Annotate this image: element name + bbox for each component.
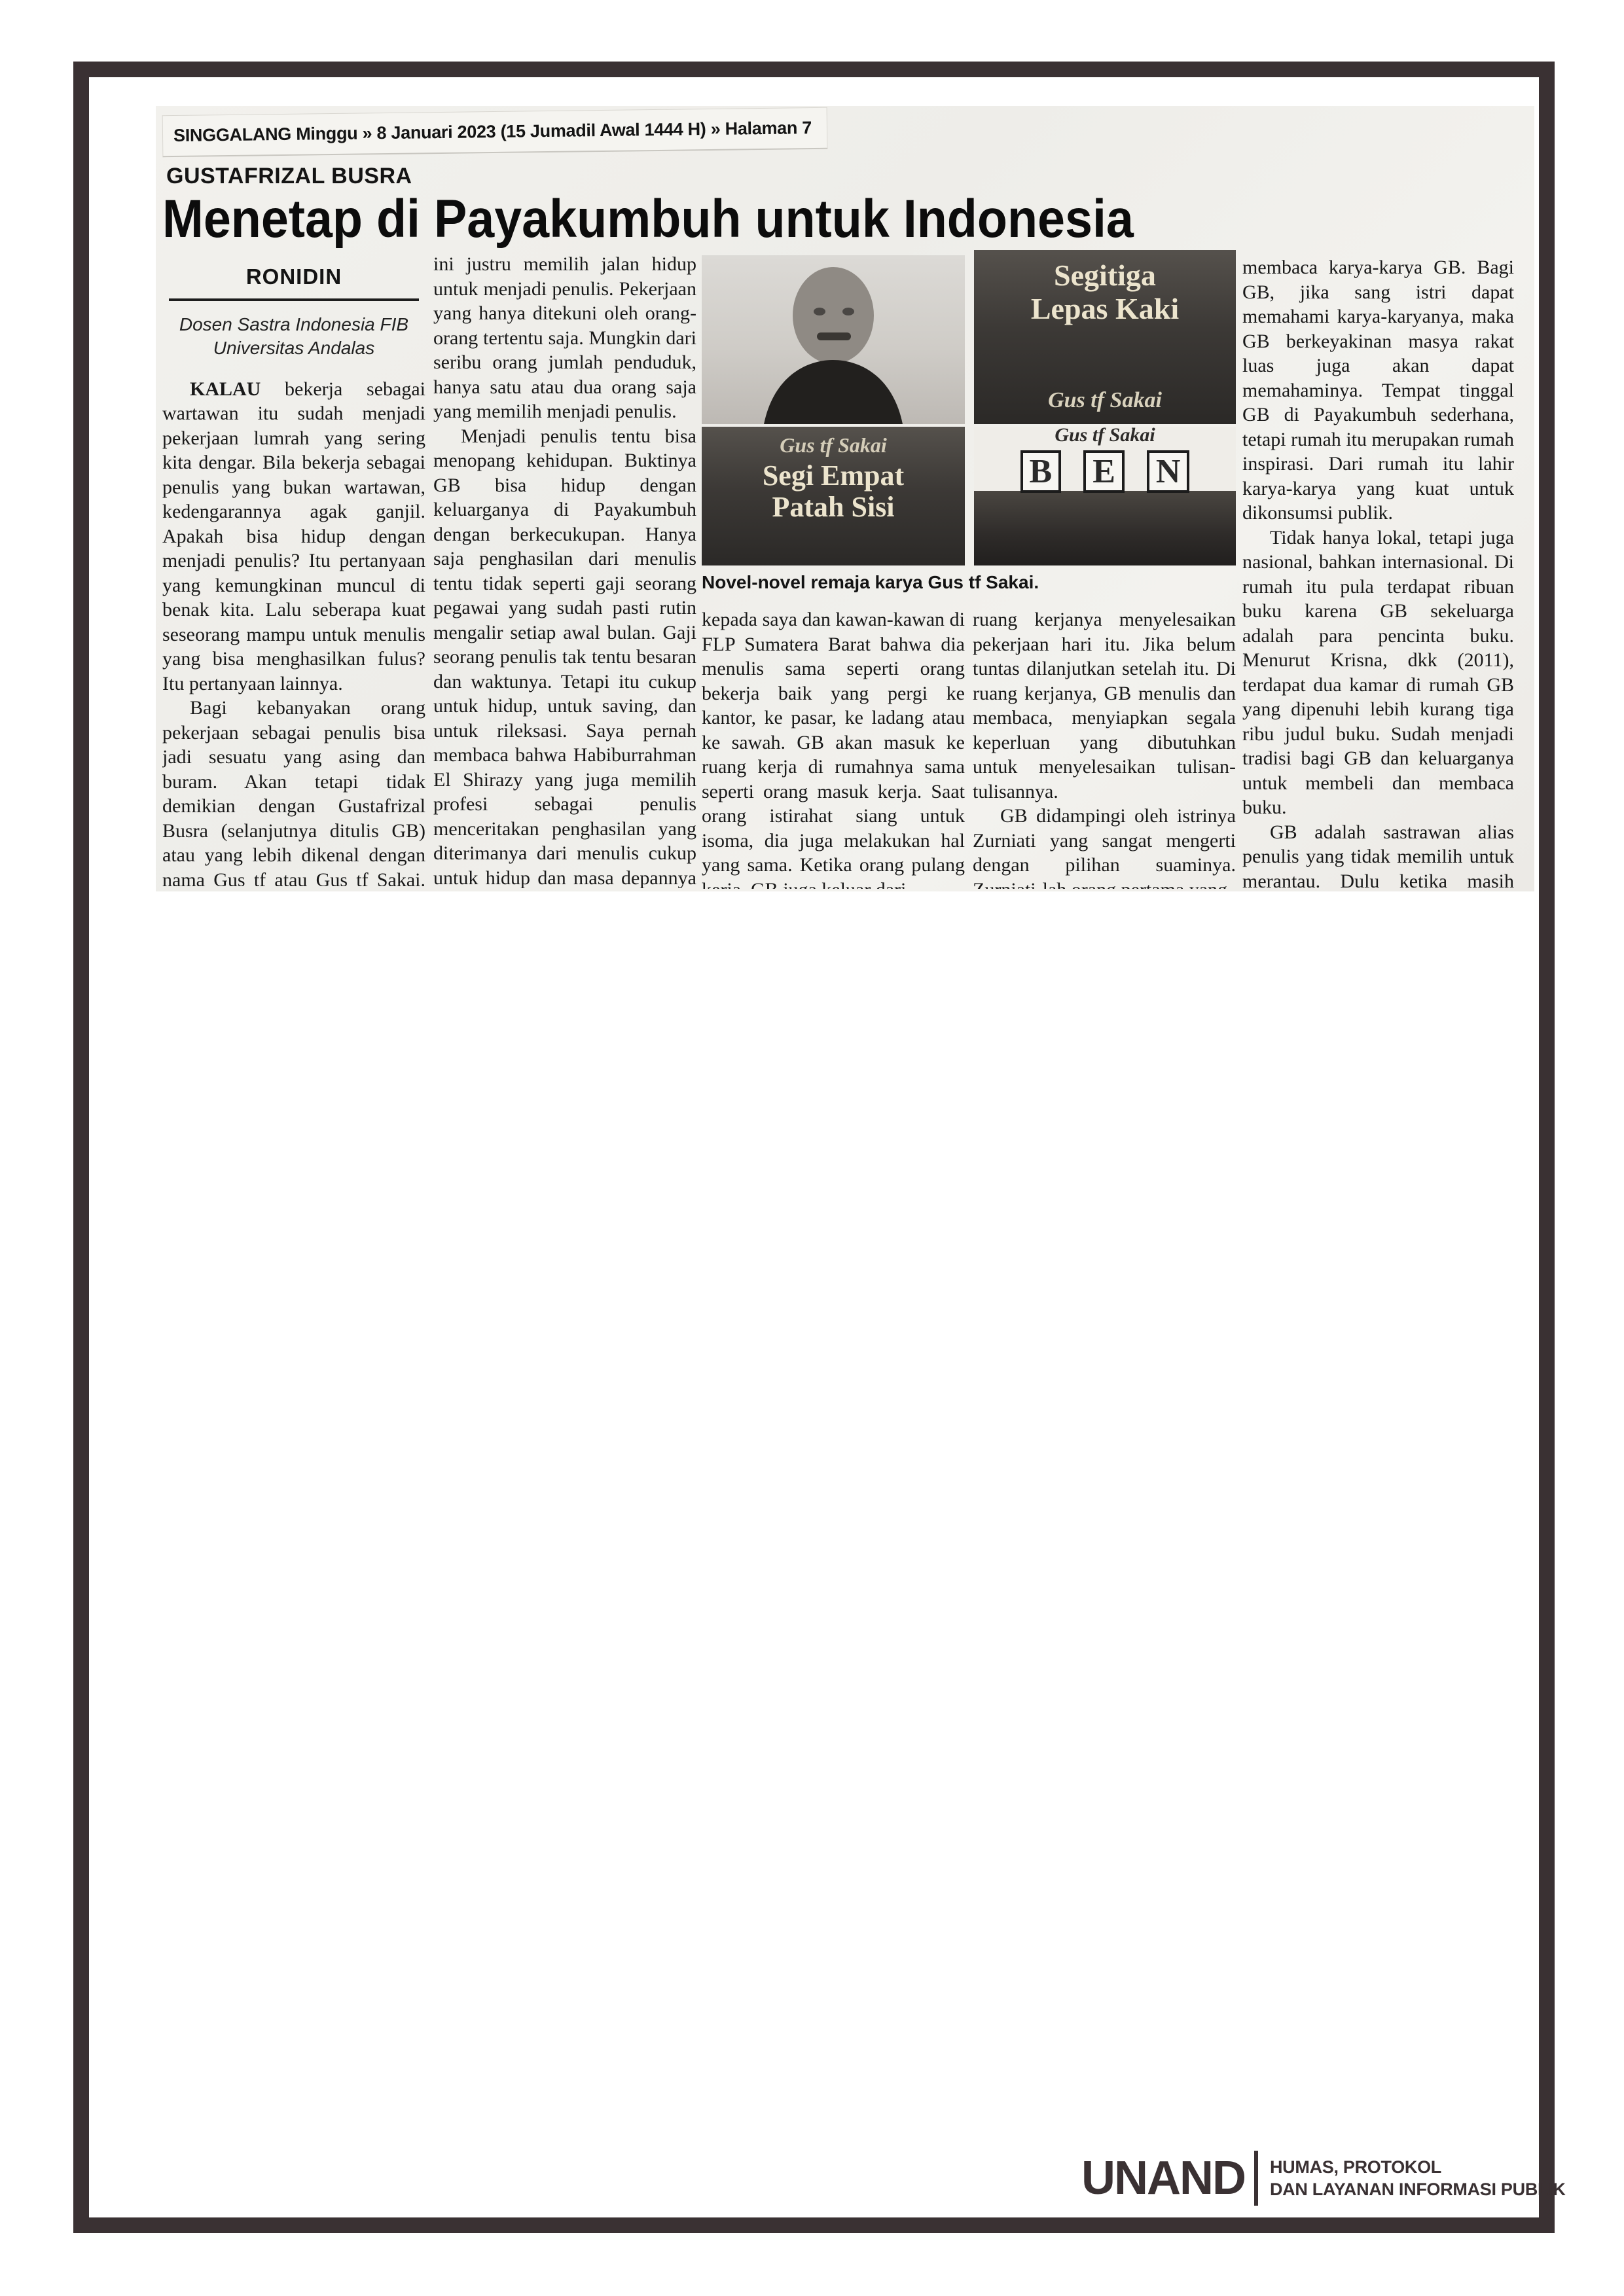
byline-divider	[169, 298, 419, 301]
paragraph: ini justru memilih jalan hidup untuk men…	[433, 252, 696, 424]
logo-divider-bar	[1254, 2151, 1258, 2206]
paragraph-lead-word: KALAU	[190, 378, 261, 400]
unand-wordmark: UNAND	[1081, 2155, 1245, 2202]
book-title: Segi Empat Patah Sisi	[702, 460, 965, 524]
book-cover-segi-empat-patah-sisi: Gus tf Sakai Segi Empat Patah Sisi	[702, 427, 965, 565]
byline-affiliation-line1: Dosen Sastra Indonesia FIB	[162, 313, 425, 336]
paragraph: kepada saya dan kawan-kawan di FLP Sumat…	[702, 607, 965, 889]
scanned-newspaper-page: SINGGALANG Minggu » 8 Januari 2023 (15 J…	[0, 0, 1624, 2296]
byline-box: RONIDIN Dosen Sastra Indonesia FIB Unive…	[162, 260, 425, 360]
logo-department-text: HUMAS, PROTOKOL DAN LAYANAN INFORMASI PU…	[1270, 2156, 1566, 2200]
paragraph: KALAU bekerja sebagai wartawan itu sudah…	[162, 377, 425, 696]
book-title-line2: Patah Sisi	[702, 492, 965, 523]
paragraph: Bagi kebanyakan orang pekerjaan sebagai …	[162, 696, 425, 886]
logo-department-line2: DAN LAYANAN INFORMASI PUBLIK	[1270, 2178, 1566, 2200]
logo-department-line1: HUMAS, PROTOKOL	[1270, 2156, 1566, 2178]
book-author-signature: Gus tf Sakai	[1055, 424, 1155, 446]
byline-affiliation-line2: Universitas Andalas	[162, 336, 425, 360]
book-title-line1: Segi Empat	[702, 460, 965, 492]
ben-letter: B	[1020, 450, 1062, 493]
paragraph: ruang kerjanya menyelesaikan pekerjaan h…	[973, 607, 1236, 804]
byline-author: RONIDIN	[162, 264, 425, 289]
paragraph: membaca karya-karya GB. Bagi GB, jika sa…	[1242, 255, 1514, 526]
book-cover-ben: Gus tf Sakai B E N	[974, 427, 1236, 565]
paragraph: Menjadi penulis tentu bisa menopang kehi…	[433, 424, 696, 889]
ben-letter: E	[1083, 450, 1125, 493]
book-title-line1: Segitiga	[974, 259, 1236, 293]
ben-letter: N	[1147, 450, 1190, 493]
book-cover-segitiga-lepas-kaki: Segitiga Lepas Kaki Gus tf Sakai	[974, 250, 1236, 424]
book-title-line2: Lepas Kaki	[974, 293, 1236, 326]
article-column-3: kepada saya dan kawan-kawan di FLP Sumat…	[702, 607, 965, 889]
ben-cover-photo	[974, 491, 1236, 565]
masthead-text: SINGGALANG Minggu » 8 Januari 2023 (15 J…	[173, 118, 812, 146]
article-column-4: ruang kerjanya menyelesaikan pekerjaan h…	[973, 607, 1236, 889]
photo-caption: Novel-novel remaja karya Gus tf Sakai.	[702, 572, 1108, 593]
article-column-5: membaca karya-karya GB. Bagi GB, jika sa…	[1242, 255, 1514, 890]
book-author-signature: Gus tf Sakai	[974, 388, 1236, 413]
portrait-silhouette	[702, 255, 965, 424]
article-kicker: GUSTAFRIZAL BUSRA	[166, 164, 412, 189]
ben-title-letters: B E N	[1020, 450, 1190, 493]
article-headline: Menetap di Payakumbuh untuk Indonesia	[162, 188, 1134, 250]
article-column-2: ini justru memilih jalan hidup untuk men…	[433, 252, 696, 888]
paragraph: Tidak hanya lokal, tetapi juga nasional,…	[1242, 526, 1514, 820]
article-column-1: RONIDIN Dosen Sastra Indonesia FIB Unive…	[162, 260, 425, 886]
newspaper-masthead: SINGGALANG Minggu » 8 Januari 2023 (15 J…	[162, 107, 828, 157]
paragraph-text: bekerja sebagai wartawan itu sudah menja…	[162, 378, 425, 694]
author-portrait-photo	[702, 255, 965, 424]
paragraph: GB didampingi oleh istrinya Zurniati yan…	[973, 804, 1236, 889]
paragraph: GB adalah sastrawan alias penulis yang t…	[1242, 820, 1514, 891]
unand-footer-logo: UNAND HUMAS, PROTOKOL DAN LAYANAN INFORM…	[1081, 2151, 1566, 2206]
byline-affiliation: Dosen Sastra Indonesia FIB Universitas A…	[162, 313, 425, 360]
book-title: Segitiga Lepas Kaki	[974, 259, 1236, 325]
book-author-signature: Gus tf Sakai	[702, 433, 965, 457]
ben-cover-top: Gus tf Sakai B E N	[974, 427, 1236, 491]
